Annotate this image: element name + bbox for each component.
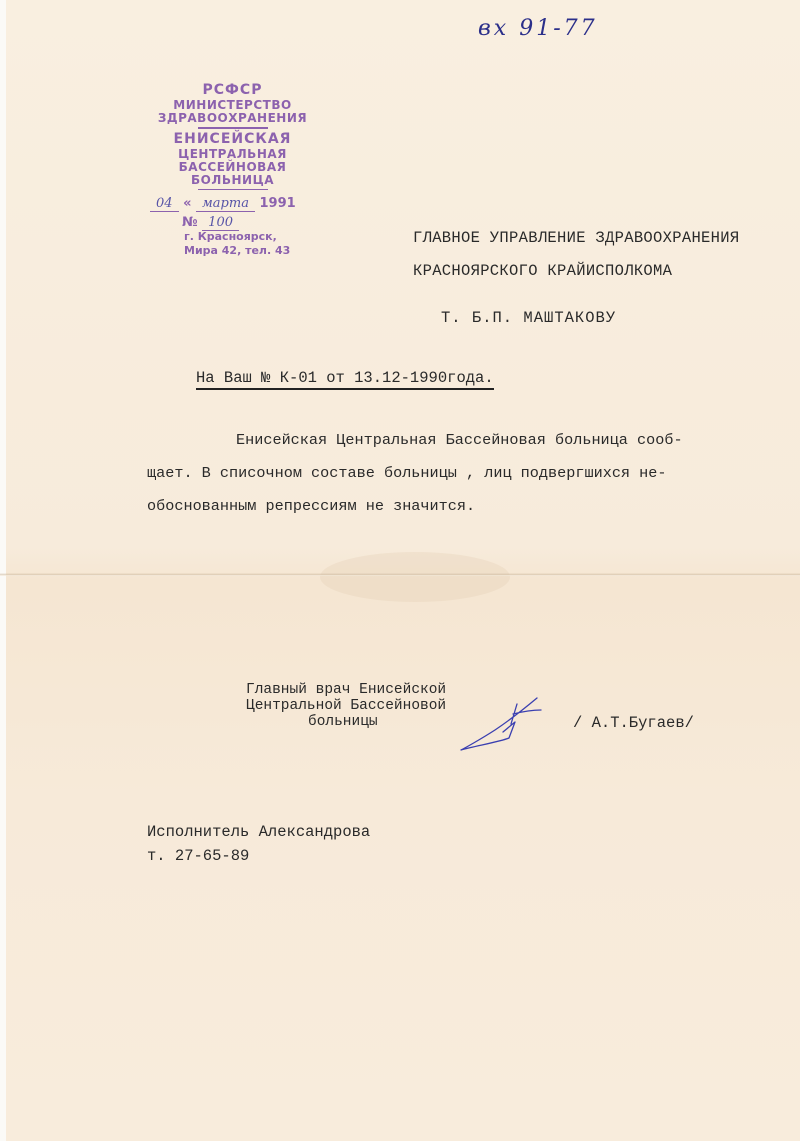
stamp-divider xyxy=(198,127,268,129)
signatory-title-line: Главный врач Енисейской xyxy=(246,682,446,698)
stamp-number-label: № xyxy=(182,215,198,230)
stamp-date-day: 04 xyxy=(150,196,179,212)
addressee-block: ГЛАВНОЕ УПРАВЛЕНИЕ ЗДРАВООХРАНЕНИЯ КРАСН… xyxy=(413,222,739,288)
signatory-title-line: Центральной Бассейновой xyxy=(246,698,446,714)
handwritten-signature-icon xyxy=(455,692,545,754)
paper-edge xyxy=(0,0,6,1141)
stamp-line: БАССЕЙНОВАЯ БОЛЬНИЦА xyxy=(140,161,325,187)
body-line: Енисейская Центральная Бассейновая больн… xyxy=(147,424,727,457)
stamp-address: Мира 42, тел. 43 xyxy=(140,244,325,258)
executor-phone: т. 27-65-89 xyxy=(147,844,370,868)
stamp-line: ЕНИСЕЙСКАЯ xyxy=(140,131,325,148)
letter-body: Енисейская Центральная Бассейновая больн… xyxy=(147,424,727,523)
stamp-date: 04 « марта 1991 xyxy=(140,196,325,211)
body-line: обоснованным репрессиям не значится. xyxy=(147,490,727,523)
stamp-number: № 100 xyxy=(140,215,325,230)
stamp-date-month: марта xyxy=(196,196,255,212)
recipient-name: Т. Б.П. МАШТАКОВУ xyxy=(441,309,616,327)
executor-block: Исполнитель Александрова т. 27-65-89 xyxy=(147,820,370,868)
signatory-title: Главный врач Енисейской Центральной Басс… xyxy=(246,682,446,730)
stamp-address: г. Красноярск, xyxy=(140,230,325,244)
stamp-line: ЗДРАВООХРАНЕНИЯ xyxy=(140,112,325,125)
addressee-line: ГЛАВНОЕ УПРАВЛЕНИЕ ЗДРАВООХРАНЕНИЯ xyxy=(413,222,739,255)
executor-name: Исполнитель Александрова xyxy=(147,820,370,844)
reference-line: На Ваш № К-01 от 13.12-1990года. xyxy=(196,369,494,390)
fold-crease xyxy=(0,573,800,576)
addressee-line: КРАСНОЯРСКОГО КРАЙИСПОЛКОМА xyxy=(413,255,739,288)
stamp-line: РСФСР xyxy=(140,82,325,99)
stamp-line: ЦЕНТРАЛЬНАЯ xyxy=(140,148,325,161)
stamp-date-year: 1991 xyxy=(259,196,295,211)
official-stamp: РСФСР МИНИСТЕРСТВО ЗДРАВООХРАНЕНИЯ ЕНИСЕ… xyxy=(140,82,325,258)
document-page: вх 91-77 РСФСР МИНИСТЕРСТВО ЗДРАВООХРАНЕ… xyxy=(0,0,800,1141)
signatory-title-line: больницы xyxy=(246,714,446,730)
stamp-divider xyxy=(198,189,268,191)
incoming-reference-note: вх 91-77 xyxy=(478,16,598,41)
paper-stain xyxy=(320,552,510,602)
stamp-number-value: 100 xyxy=(202,215,239,231)
body-line: щает. В списочном составе больницы , лиц… xyxy=(147,457,727,490)
signer-name: / А.Т.Бугаев/ xyxy=(573,714,694,732)
